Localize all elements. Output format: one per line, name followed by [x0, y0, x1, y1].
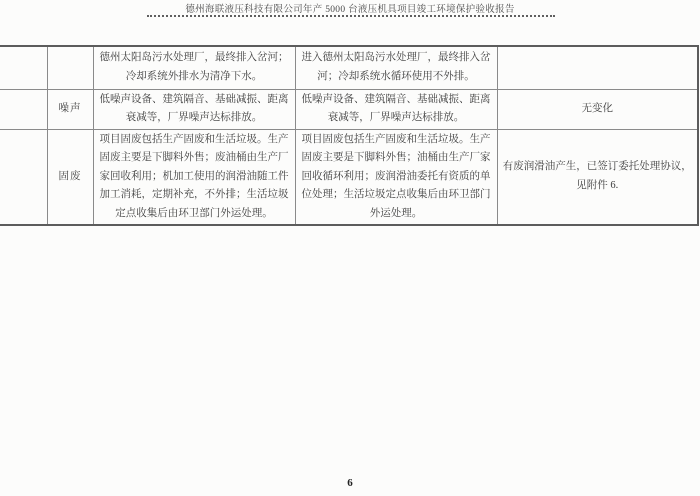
cell-wastewater-requirement: 德州太阳岛污水处理厂，最终排入岔河；冷却系统外排水为清净下水。: [93, 46, 295, 89]
cell-wastewater-change: [497, 46, 698, 89]
cell-noise-requirement: 低噪声设备、建筑隔音、基础减振、距离衰减等，厂界噪声达标排放。: [93, 89, 295, 129]
row-label-noise: 噪声: [47, 89, 93, 129]
cell-solid-waste-actual: 项目固废包括生产固废和生活垃圾。生产固废主要是下脚料外售；油桶由生产厂家回收循环…: [295, 129, 497, 225]
page-number: 6: [0, 477, 700, 489]
category-cell-empty: [0, 89, 47, 129]
cell-wastewater-actual: 进入德州太阳岛污水处理厂，最终排入岔河；冷却系统水循环使用不外排。: [295, 46, 497, 89]
row-label-wastewater: [47, 46, 93, 89]
category-cell-empty: [0, 129, 47, 225]
cell-noise-change: 无变化: [497, 89, 698, 129]
document-page: 德州海联液压科技有限公司年产 5000 台液压机具项目竣工环境保护验收报告 德州…: [0, 0, 700, 496]
table-row-noise: 噪声 低噪声设备、建筑隔音、基础减振、距离衰减等，厂界噪声达标排放。 低噪声设备…: [0, 89, 698, 129]
table-row-wastewater: 德州太阳岛污水处理厂，最终排入岔河；冷却系统外排水为清净下水。 进入德州太阳岛污…: [0, 46, 698, 89]
category-cell-empty: [0, 46, 47, 89]
cell-solid-waste-change: 有废润滑油产生，已签订委托处理协议，见附件 6.: [497, 129, 698, 225]
row-label-solid-waste: 固废: [47, 129, 93, 225]
cell-solid-waste-requirement: 项目固废包括生产固废和生活垃圾。生产固废主要是下脚料外售；废油桶由生产厂家回收利…: [93, 129, 295, 225]
page-header-title: 德州海联液压科技有限公司年产 5000 台液压机具项目竣工环境保护验收报告: [0, 1, 700, 15]
acceptance-comparison-table: 德州太阳岛污水处理厂，最终排入岔河；冷却系统外排水为清净下水。 进入德州太阳岛污…: [0, 45, 699, 226]
table-row-solid-waste: 固废 项目固废包括生产固废和生活垃圾。生产固废主要是下脚料外售；废油桶由生产厂家…: [0, 129, 698, 225]
header-divider: [147, 15, 555, 17]
cell-noise-actual: 低噪声设备、建筑隔音、基础减振、距离衰减等，厂界噪声达标排放。: [295, 89, 497, 129]
